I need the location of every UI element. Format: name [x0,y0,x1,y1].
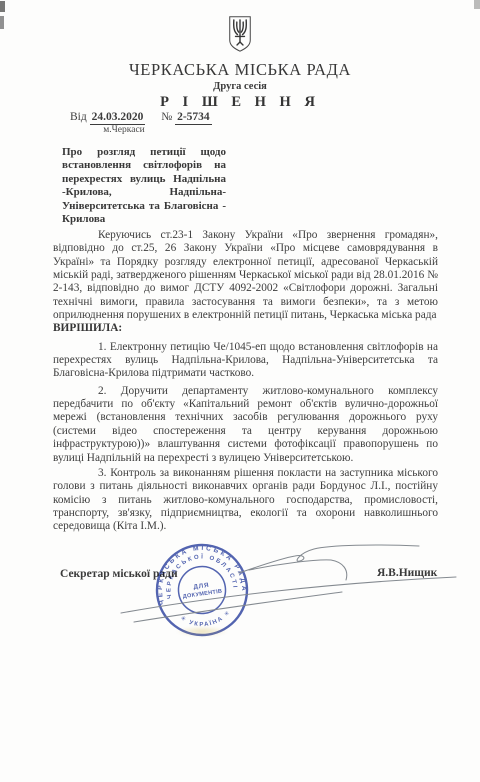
number-sign: № [161,111,172,123]
resolved-label: ВИРІШИЛА: [53,322,438,335]
resolution-item-1: 1. Електронну петицію Че/1045-еп щодо вс… [53,341,438,381]
scan-artifact [474,0,480,9]
signer-name: Я.В.Нищик [377,567,437,579]
preamble-paragraph: Керуючись ст.23-1 Закону України «Про зв… [53,229,438,322]
reference-line: Від 24.03.2020 № 2-5734 [70,111,212,123]
stamp-center-line2: ДОКУМЕНТІВ [182,589,222,600]
session-label: Друга сесія [0,81,480,92]
scan-artifact [0,16,4,29]
resolution-item-2: 2. Доручити департаменту житлово-комунал… [53,385,438,465]
scan-artifact [0,1,5,12]
scan-smudge [176,626,228,637]
date-prefix-label: Від [70,111,87,123]
document-type-title: Р І Ш Е Н Н Я [0,94,480,111]
ukraine-trident-icon [226,15,254,53]
signature-stroke [249,560,347,580]
body-text: Керуючись ст.23-1 Закону України «Про зв… [53,229,438,534]
document-number: 2-5734 [175,111,212,125]
subject-block: Про розгляд петиції щодо встановлення св… [62,146,226,226]
organization-name: ЧЕРКАСЬКА МІСЬКА РАДА [0,60,480,80]
resolution-item-3: 3. Контроль за виконанням рішення поклас… [53,467,438,534]
place-label: м.Черкаси [74,125,174,135]
document-page: ЧЕРКАСЬКА МІСЬКА РАДА Друга сесія Р І Ш … [0,0,480,782]
document-header: ЧЕРКАСЬКА МІСЬКА РАДА Друга сесія Р І Ш … [0,0,480,111]
document-date: 24.03.2020 [90,111,146,125]
